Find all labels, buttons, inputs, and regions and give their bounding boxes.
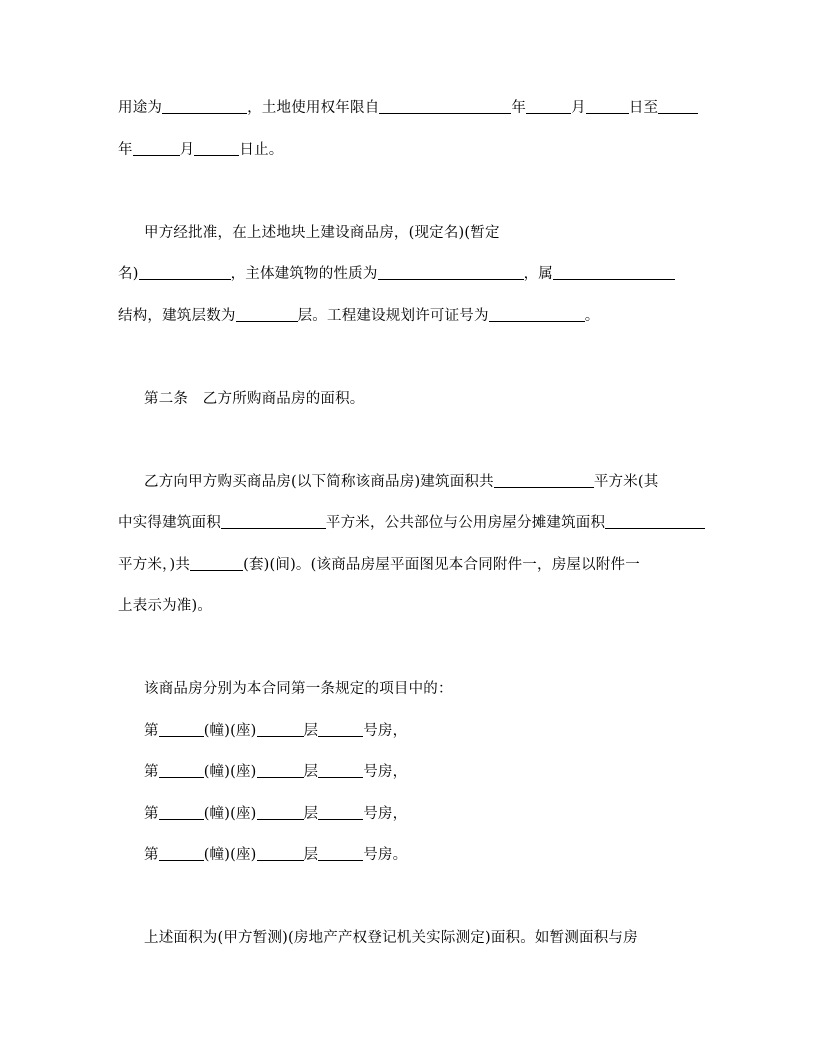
text-segment: 号房， <box>363 723 407 739</box>
text-line: 第(幢)(座)层号房， <box>118 794 699 836</box>
text-line: 该商品房分别为本合同第一条规定的项目中的： <box>118 669 699 711</box>
fill-in-blank-underline <box>318 858 363 861</box>
fill-in-blank-underline <box>194 153 239 156</box>
fill-in-blank-underline <box>133 153 180 156</box>
text-segment: 该商品房分别为本合同第一条规定的项目中的： <box>144 681 453 697</box>
text-segment: 第 <box>144 847 159 863</box>
fill-in-blank-underline <box>553 277 675 280</box>
text-segment: 上述面积为(甲方暂测)(房地产产权登记机关实际测定)面积。如暂测面积与房 <box>144 930 638 946</box>
fill-in-blank-underline <box>221 526 326 529</box>
text-segment: 平方米(其 <box>594 474 659 490</box>
text-segment: 。 <box>585 308 600 324</box>
blank-line <box>118 420 699 462</box>
document-page: 用途为，土地使用权年限自年月日至年月日止。 甲方经批准，在上述地块上建设商品房，… <box>0 0 816 1056</box>
blank-line <box>118 877 699 919</box>
fill-in-blank-underline <box>605 526 705 529</box>
text-line: 甲方经批准，在上述地块上建设商品房，(现定名)(暂定 <box>118 213 699 255</box>
fill-in-blank-underline <box>159 817 204 820</box>
text-segment: 日止。 <box>239 142 283 158</box>
fill-in-blank-underline <box>159 858 204 861</box>
fill-in-blank-underline <box>236 319 298 322</box>
text-segment: 层 <box>304 847 319 863</box>
fill-in-blank-underline <box>139 277 231 280</box>
text-line: 乙方向甲方购买商品房(以下简称该商品房)建筑面积共平方米(其 <box>118 462 699 504</box>
text-segment: 年 <box>511 100 526 116</box>
fill-in-blank-underline <box>378 277 524 280</box>
text-line: 结构，建筑层数为层。工程建设规划许可证号为。 <box>118 296 699 338</box>
text-segment: 第二条 乙方所购商品房的面积。 <box>144 391 365 407</box>
text-segment: 第 <box>144 723 159 739</box>
text-segment: (幢)(座) <box>204 847 257 863</box>
text-line: 第(幢)(座)层号房， <box>118 711 699 753</box>
text-line: 上述面积为(甲方暂测)(房地产产权登记机关实际测定)面积。如暂测面积与房 <box>118 918 699 960</box>
text-segment: 月 <box>180 142 195 158</box>
text-segment: 平方米，公共部位与公用房屋分摊建筑面积 <box>326 515 605 531</box>
text-segment: 乙方向甲方购买商品房(以下简称该商品房)建筑面积共 <box>144 474 494 490</box>
text-line: 平方米，)共(套)(间)。(该商品房屋平面图见本合同附件一，房屋以附件一 <box>118 545 699 587</box>
text-segment: 层 <box>304 764 319 780</box>
text-line: 第(幢)(座)层号房。 <box>118 835 699 877</box>
text-line: 名)，主体建筑物的性质为，属 <box>118 254 699 296</box>
blank-line <box>118 171 699 213</box>
fill-in-blank-underline <box>658 111 698 114</box>
text-segment: 层。工程建设规划许可证号为 <box>298 308 489 324</box>
text-segment: 层 <box>304 806 319 822</box>
contract-text: 用途为，土地使用权年限自年月日至年月日止。 甲方经批准，在上述地块上建设商品房，… <box>118 88 699 960</box>
text-segment: 用途为 <box>118 100 162 116</box>
text-segment: ，土地使用权年限自 <box>247 100 379 116</box>
text-segment: (幢)(座) <box>204 764 257 780</box>
fill-in-blank-underline <box>257 858 304 861</box>
fill-in-blank-underline <box>586 111 629 114</box>
text-line: 中实得建筑面积平方米，公共部位与公用房屋分摊建筑面积 <box>118 503 699 545</box>
text-segment: 结构，建筑层数为 <box>118 308 236 324</box>
text-line: 第(幢)(座)层号房， <box>118 752 699 794</box>
text-segment: 上表示为准)。 <box>118 598 212 614</box>
fill-in-blank-underline <box>257 817 304 820</box>
text-segment: 平方米，)共 <box>118 557 190 573</box>
fill-in-blank-underline <box>489 319 585 322</box>
fill-in-blank-underline <box>257 734 304 737</box>
text-segment: 第 <box>144 806 159 822</box>
text-segment: 甲方经批准，在上述地块上建设商品房，(现定名)(暂定 <box>144 225 500 241</box>
text-segment: 日至 <box>629 100 658 116</box>
fill-in-blank-underline <box>379 111 511 114</box>
blank-line <box>118 337 699 379</box>
text-segment: 中实得建筑面积 <box>118 515 221 531</box>
text-segment: (幢)(座) <box>204 723 257 739</box>
fill-in-blank-underline <box>318 775 363 778</box>
fill-in-blank-underline <box>318 734 363 737</box>
text-segment: 名) <box>118 266 139 282</box>
fill-in-blank-underline <box>257 775 304 778</box>
text-line: 第二条 乙方所购商品房的面积。 <box>118 379 699 421</box>
text-segment: 第 <box>144 764 159 780</box>
fill-in-blank-underline <box>318 817 363 820</box>
text-segment: ，属 <box>524 266 553 282</box>
text-segment: (幢)(座) <box>204 806 257 822</box>
text-segment: 号房。 <box>363 847 407 863</box>
blank-line <box>118 628 699 670</box>
fill-in-blank-underline <box>159 734 204 737</box>
fill-in-blank-underline <box>159 775 204 778</box>
text-segment: 月 <box>571 100 586 116</box>
text-segment: 号房， <box>363 806 407 822</box>
text-line: 用途为，土地使用权年限自年月日至 <box>118 88 699 130</box>
text-segment: ，主体建筑物的性质为 <box>231 266 378 282</box>
text-line: 年月日止。 <box>118 130 699 172</box>
text-segment: 层 <box>304 723 319 739</box>
text-segment: 年 <box>118 142 133 158</box>
text-segment: (套)(间)。(该商品房屋平面图见本合同附件一，房屋以附件一 <box>243 557 640 573</box>
fill-in-blank-underline <box>162 111 247 114</box>
fill-in-blank-underline <box>190 568 243 571</box>
fill-in-blank-underline <box>526 111 571 114</box>
text-segment: 号房， <box>363 764 407 780</box>
text-line: 上表示为准)。 <box>118 586 699 628</box>
fill-in-blank-underline <box>494 485 594 488</box>
